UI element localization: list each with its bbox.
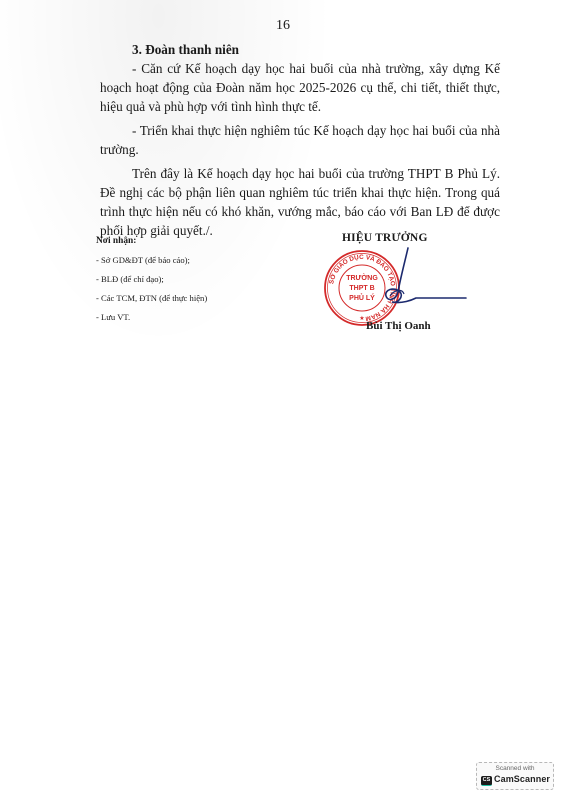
watermark-brand: CamScanner: [494, 774, 550, 784]
recipients-block: Nơi nhận: - Sở GD&ĐT (để báo cáo); - BLĐ…: [96, 232, 207, 327]
paragraph: - Triển khai thực hiện nghiêm túc Kế hoạ…: [100, 121, 500, 159]
closing-paragraph: Trên đây là Kế hoạch dạy học hai buổi củ…: [100, 164, 500, 240]
page-number: 16: [0, 18, 566, 34]
recipient-item: - Các TCM, ĐTN (để thực hiện): [96, 289, 207, 308]
watermark-caption: Scanned with: [477, 765, 553, 772]
handwritten-signature-icon: [368, 240, 468, 320]
recipients-title: Nơi nhận:: [96, 232, 207, 251]
svg-text:★: ★: [359, 315, 364, 322]
recipient-item: - Lưu VT.: [96, 308, 207, 327]
camscanner-watermark: Scanned with CS CamScanner: [476, 762, 554, 790]
recipient-item: - Sở GD&ĐT (để báo cáo);: [96, 251, 207, 270]
signer-name: Bùi Thị Oanh: [366, 320, 431, 332]
recipient-item: - BLĐ (để chỉ đạo);: [96, 270, 207, 289]
document-body: 3. Đoàn thanh niên - Căn cứ Kế hoạch dạy…: [100, 40, 500, 240]
paragraph: - Căn cứ Kế hoạch dạy học hai buổi của n…: [100, 59, 500, 116]
camscanner-logo-icon: CS: [481, 776, 492, 786]
section-heading: 3. Đoàn thanh niên: [100, 40, 500, 59]
signature-block: HIỆU TRƯỞNG SỞ GIÁO DỤC VÀ ĐÀO TẠO TỈNH …: [318, 230, 468, 350]
